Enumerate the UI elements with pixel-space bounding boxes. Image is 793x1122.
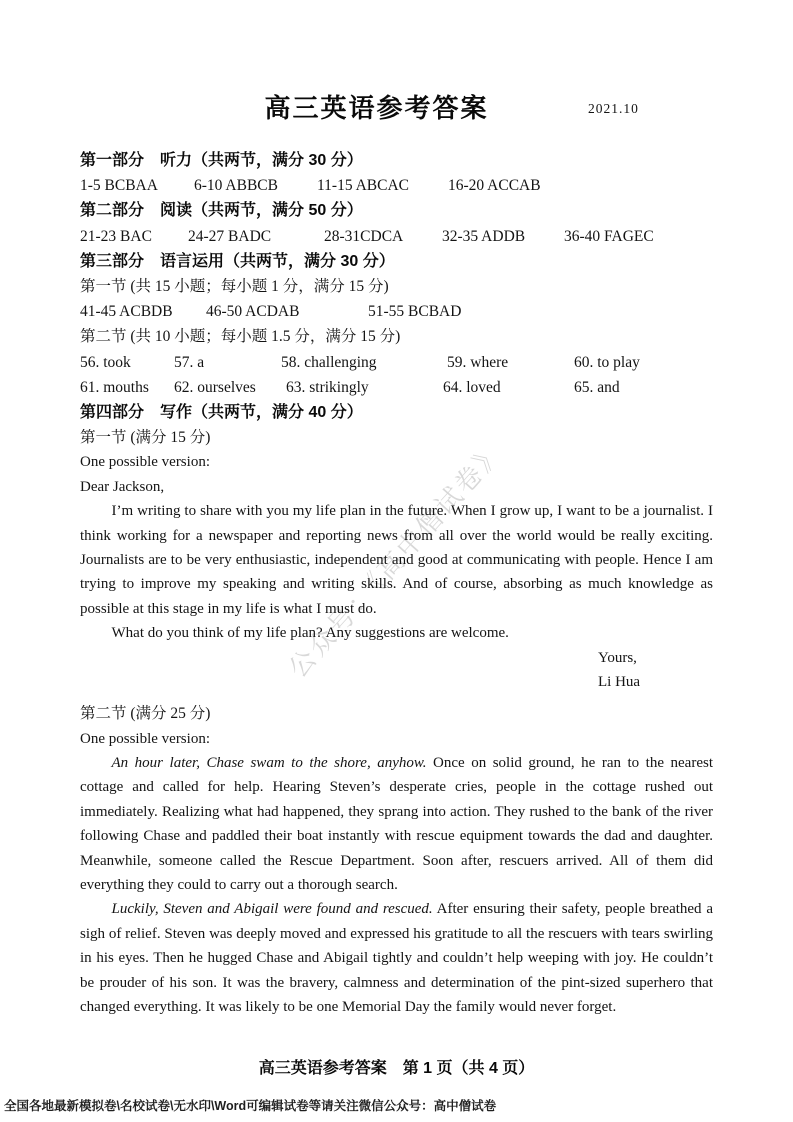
writing1-paragraph-2: What do you think of my life plan? Any s… [80,621,713,645]
section1-note: 第一节 (共 15 小题；每小题 1 分，满分 15 分) [80,274,713,299]
word-answer-row-2: 61. mouths 62. ourselves 63. strikingly … [80,375,713,400]
answer-item: 56. took [80,350,131,375]
part4-heading: 第四部分 写作（共两节，满分 40 分） [80,400,713,425]
letter-closing: Yours, [598,646,713,670]
writing1-paragraph-1: I’m writing to share with you my life pl… [80,499,713,621]
answer-group: 51-55 BCBAD [368,299,461,324]
part2-heading: 第二部分 阅读（共两节，满分 50 分） [80,198,713,223]
answer-group: 36-40 FAGEC [564,224,654,249]
writing2-version-label: One possible version: [80,727,713,751]
writing2-section-note: 第二节 (满分 25 分) [80,701,713,726]
part3-heading: 第三部分 语言运用（共两节，满分 30 分） [80,249,713,274]
writing1-section-note: 第一节 (满分 15 分) [80,425,713,450]
answer-item: 60. to play [574,350,640,375]
answer-group: 1-5 BCBAA [80,173,158,198]
paragraph-lead-italic: An hour later, Chase swam to the shore, … [112,755,427,771]
answer-group: 11-15 ABCAC [317,173,409,198]
answer-group: 32-35 ADDB [442,224,525,249]
answer-key-content: 第一部分 听力（共两节，满分 30 分） 1-5 BCBAA 6-10 ABBC… [80,148,713,1020]
word-answer-row-1: 56. took 57. a 58. challenging 59. where… [80,350,713,375]
letter-signature: Li Hua [598,670,713,694]
answer-group: 16-20 ACCAB [448,173,541,198]
grammar-answer-row: 41-45 ACBDB 46-50 ACDAB 51-55 BCBAD [80,299,713,324]
listening-answer-row: 1-5 BCBAA 6-10 ABBCB 11-15 ABCAC 16-20 A… [80,173,713,198]
page-title: 高三英语参考答案 [0,88,753,125]
paragraph-lead-italic: Luckily, Steven and Abigail were found a… [112,901,433,917]
answer-item: 62. ourselves [174,375,256,400]
promo-bottom-note: 全国各地最新模拟卷\名校试卷\无水印\Word可编辑试卷等请关注微信公众号：高中… [4,1096,496,1114]
answer-group: 46-50 ACDAB [206,299,299,324]
writing1-version-label: One possible version: [80,450,713,474]
answer-item: 61. mouths [80,375,149,400]
answer-group: 21-23 BAC [80,224,152,249]
answer-group: 24-27 BADC [188,224,271,249]
answer-item: 63. strikingly [286,375,369,400]
paragraph-body: After ensuring their safety, people brea… [80,901,713,1015]
answer-group: 28-31CDCA [324,224,403,249]
answer-item: 65. and [574,375,620,400]
answer-item: 59. where [447,350,508,375]
answer-item: 57. a [174,350,204,375]
answer-group: 6-10 ABBCB [194,173,278,198]
part1-heading: 第一部分 听力（共两节，满分 30 分） [80,148,713,173]
writing1-salutation: Dear Jackson, [80,475,713,499]
answer-item: 64. loved [443,375,501,400]
reading-answer-row: 21-23 BAC 24-27 BADC 28-31CDCA 32-35 ADD… [80,224,713,249]
answer-item: 58. challenging [281,350,377,375]
answer-group: 41-45 ACBDB [80,299,173,324]
paragraph-body: Once on solid ground, he ran to the near… [80,755,713,893]
writing2-paragraph-2: Luckily, Steven and Abigail were found a… [80,897,713,1019]
document-page: 公众号：《高中僧试卷》 高三英语参考答案 2021.10 第一部分 听力（共两节… [0,0,793,1122]
page-number-footer: 高三英语参考答案 第 1 页（共 4 页） [0,1055,793,1078]
date-label: 2021.10 [588,101,639,117]
section2-note: 第二节 (共 10 小题；每小题 1.5 分，满分 15 分) [80,324,713,349]
writing2-paragraph-1: An hour later, Chase swam to the shore, … [80,751,713,897]
